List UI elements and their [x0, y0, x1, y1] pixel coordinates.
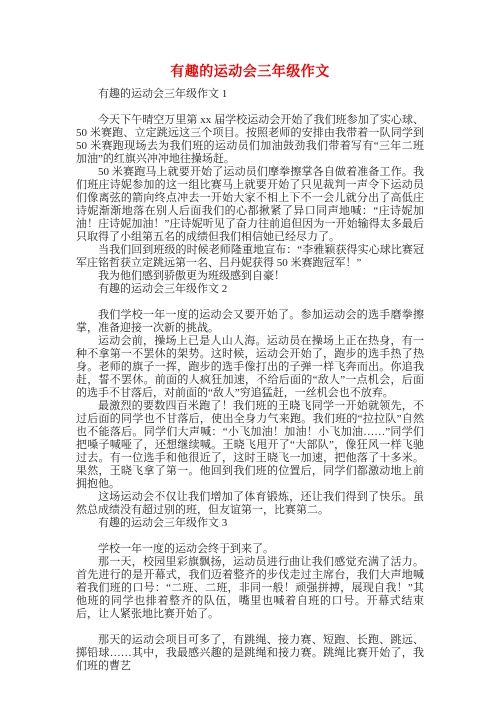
body-paragraph: 最激烈的要数四百米跑了！我们班的王晓飞同学一开始就领先，不过后面的同学也不甘落后…	[76, 400, 424, 491]
blank-line	[76, 101, 424, 114]
blank-line	[76, 296, 424, 309]
body-paragraph: 50 米赛跑马上就要开始了运动员们摩拳擦掌各自做着准备工作。我们班庄诗妮参加的这…	[76, 166, 424, 244]
body-paragraph: 当我们回到班级的时候老师隆重地宣布：“李雅颖获得实心球比赛冠军庄铭哲获立定跳远第…	[76, 244, 424, 270]
body-paragraph: 学校一年一度的运动会终于到来了。	[76, 543, 424, 556]
body-paragraph: 那一天，校园里彩旗飘扬，运动员进行曲让我们感觉充满了活力。首先进行的是开幕式，我…	[76, 556, 424, 621]
section-heading: 有趣的运动会三年级作文 3	[76, 517, 424, 530]
section-heading: 有趣的运动会三年级作文 2	[76, 283, 424, 296]
body-paragraph: 我们学校一年一度的运动会又要开始了。参加运动会的选手磨拳擦掌，准备迎接一次新的挑…	[76, 309, 424, 335]
document-title: 有趣的运动会三年级作文	[76, 63, 424, 82]
body-paragraph: 那天的运动会项目可多了，有跳绳、接力赛、短跑、长跑、跳远、掷铅球……其中，我最感…	[76, 634, 424, 673]
section-heading: 有趣的运动会三年级作文 1	[76, 88, 424, 101]
blank-line	[76, 530, 424, 543]
body-paragraph: 今天下午晴空万里第 xx 届学校运动会开始了我们班参加了实心球、50 米赛跑、立…	[76, 114, 424, 166]
document-page: 有趣的运动会三年级作文 有趣的运动会三年级作文 1今天下午晴空万里第 xx 届学…	[0, 0, 500, 708]
document-body: 有趣的运动会三年级作文 1今天下午晴空万里第 xx 届学校运动会开始了我们班参加…	[76, 88, 424, 673]
blank-line	[76, 621, 424, 634]
body-paragraph: 我为他们感到骄傲更为班级感到自豪！	[76, 270, 424, 283]
body-paragraph: 这场运动会不仅让我们增加了体育锻炼，还让我们得到了快乐。虽然总成绩没有超过别的班…	[76, 491, 424, 517]
body-paragraph: 运动会前，操场上已是人山人海。运动员在操场上正在热身，有一种不拿第一不罢休的架势…	[76, 335, 424, 400]
